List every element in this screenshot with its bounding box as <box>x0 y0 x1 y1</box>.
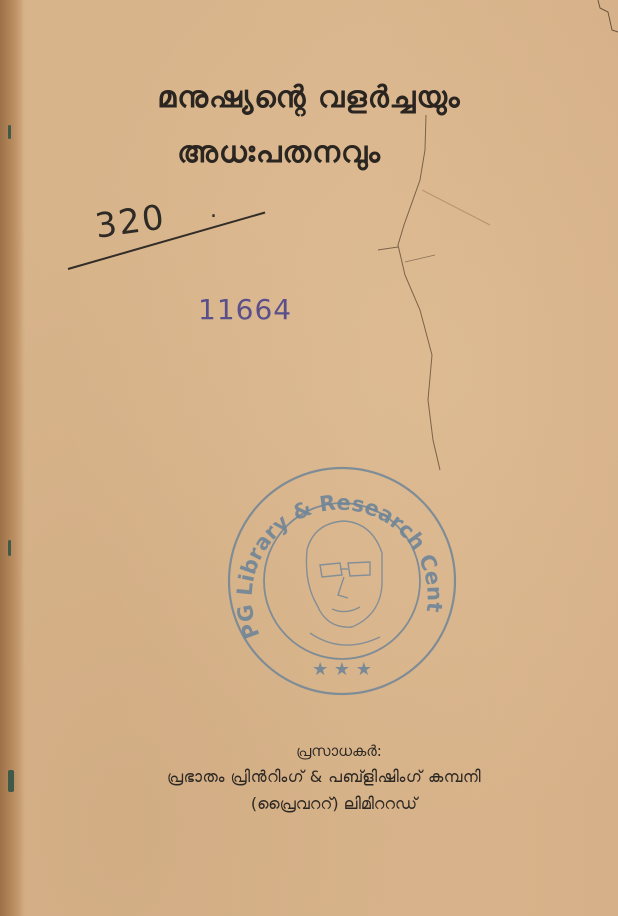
book-title-line-2: അധഃപതനവും <box>0 135 588 170</box>
class-number-mark: . <box>210 198 217 223</box>
book-title-line-1: മനുഷ്യന്റെ വളർച്ചയും <box>0 80 618 115</box>
stamp-stars: ★ ★ ★ <box>312 659 372 680</box>
portrait-icon <box>306 521 382 645</box>
publisher-label: പ്രസാധകർ: <box>30 742 618 760</box>
publisher-name: പ്രഭാതം പ്രിൻറിംഗ് & പബ്ളിഷിംഗ് കമ്പനി <box>15 767 618 787</box>
title-page: മനുഷ്യന്റെ വളർച്ചയും അധഃപതനവും 320 . 116… <box>0 0 618 916</box>
library-stamp: PG Library & Research Center ★ ★ ★ <box>222 465 462 697</box>
binding-thread <box>8 540 11 556</box>
class-number: 320 <box>93 197 169 246</box>
stamp-text: PG Library & Research Center <box>222 465 447 642</box>
binding-thread <box>8 770 14 792</box>
publisher-suffix: (പ്രൈവററ്) ലിമിററഡ് <box>25 794 618 814</box>
accession-number: 11664 <box>198 293 292 326</box>
svg-text:PG Library & Research Center: PG Library & Research Center <box>222 465 447 642</box>
